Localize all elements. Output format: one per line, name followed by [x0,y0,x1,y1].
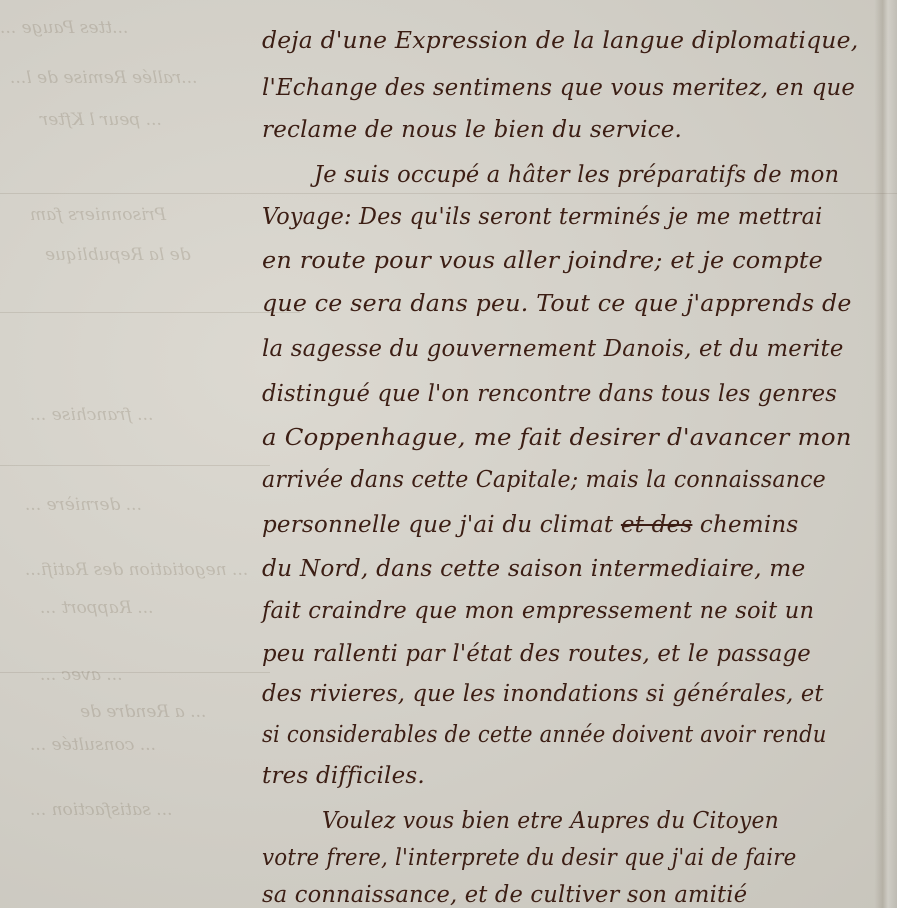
letter-line: Voyage: Des qu'ils seront terminés je me… [262,204,822,230]
paper-fold-line [0,465,270,466]
letter-line: votre frere, l'interprete du desir que j… [262,845,796,871]
letter-line: que ce sera dans peu. Tout ce que j'appr… [262,291,852,317]
letter-line: distingué que l'on rencontre dans tous l… [262,381,837,407]
letter-line: a Coppenhague, me fait desirer d'avancer… [262,425,852,451]
bleed-through-text: ... a Rendre de [80,702,206,722]
bleed-through-text: ... franchise ... [30,405,153,425]
letter-line: deja d'une Expression de la langue diplo… [262,28,858,54]
struck-word: et des [621,512,693,538]
paper-fold-line [0,193,897,194]
letter-line: tres difficiles. [262,763,425,789]
letter-line: Je suis occupé a hâter les préparatifs d… [314,162,839,188]
letter-text: personnelle que j'ai du climat [262,512,613,538]
letter-page: ...ttes Pauge ... ...rallée Remise de l.… [0,0,897,908]
letter-line: arrivée dans cette Capitale; mais la con… [262,467,826,493]
letter-line: la sagesse du gouvernement Danois, et du… [262,336,844,362]
bleed-through-text: ... negotiation des Ratifi... [25,560,248,580]
letter-line: fait craindre que mon empressement ne so… [262,598,814,624]
bleed-through-text: ... dernière ... [25,495,142,515]
letter-line: peu rallenti par l'état des routes, et l… [262,641,811,667]
letter-line: des rivieres, que les inondations si gén… [262,681,824,707]
letter-line: Voulez vous bien etre Aupres du Citoyen [322,808,779,834]
bleed-through-text: Prisonniers fam [30,205,166,225]
bleed-through-text: ... Rapport ... [40,598,154,618]
bleed-through-text: ...rallée Remise de l... [10,68,197,88]
letter-line: du Nord, dans cette saison intermediaire… [262,556,805,582]
letter-line: reclame de nous le bien du service. [262,117,682,143]
bleed-through-text: ...ttes Pauge ... [0,18,128,38]
paper-fold-line [0,312,300,313]
letter-text: chemins [700,512,799,538]
bleed-through-text: ... consultée ... [30,735,156,755]
letter-line: sa connaissance, et de cultiver son amit… [262,882,747,908]
bleed-through-text: de la Republique [45,245,191,265]
letter-line: l'Echange des sentimens que vous meritez… [262,75,855,101]
letter-line-with-correction: personnelle que j'ai du climat et des ch… [262,512,798,538]
letter-line: en route pour vous aller joindre; et je … [262,248,823,274]
letter-line: si considerables de cette année doivent … [262,722,827,748]
bleed-through-text: ... avec ... [40,665,123,685]
bleed-through-text: ... peur l Kfter [40,110,162,130]
bleed-through-text: ... satisfaction ... [30,800,172,820]
